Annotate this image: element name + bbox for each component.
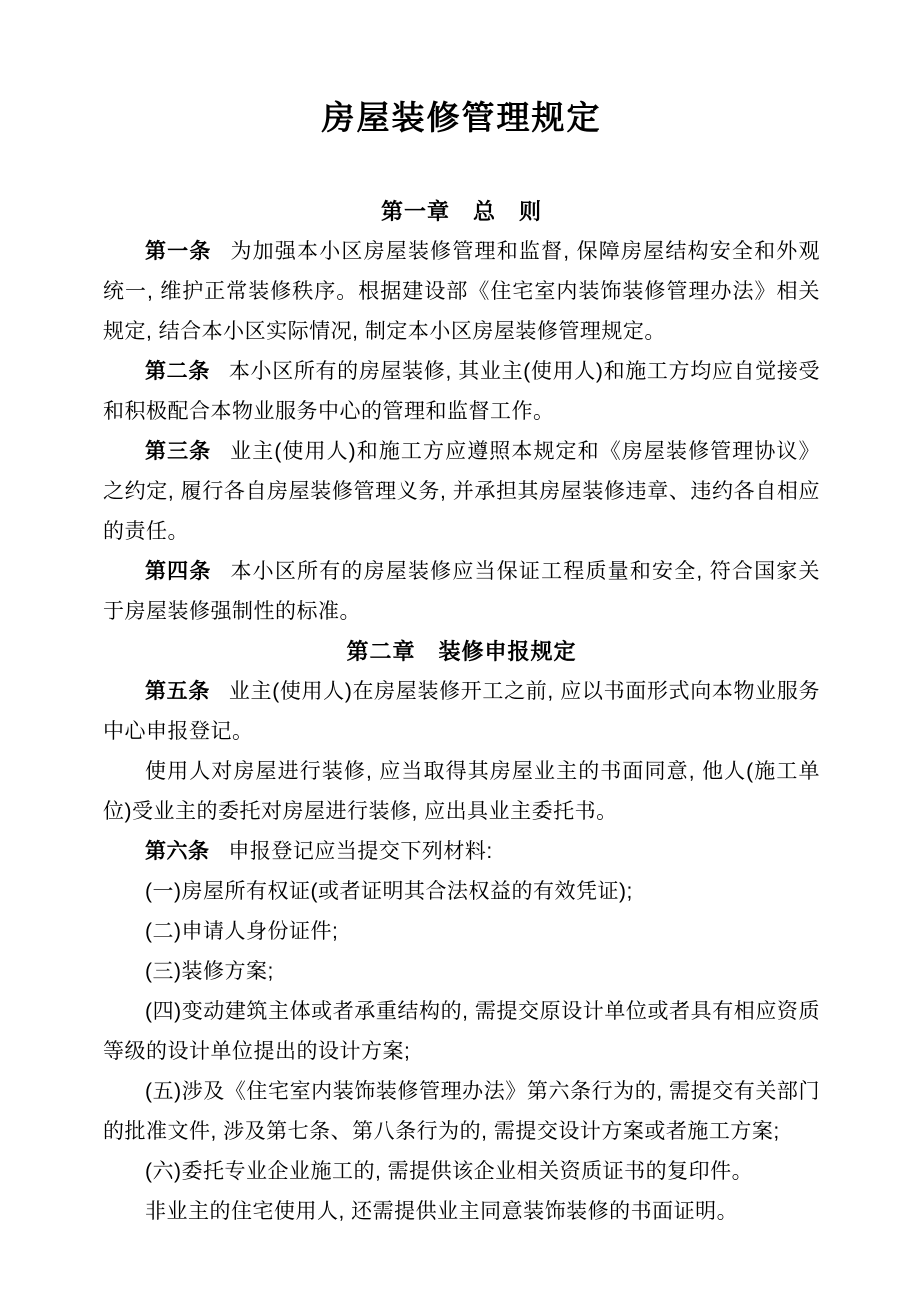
article-2-text: 本小区所有的房屋装修, 其业主(使用人)和施工方均应自觉接受和积极配合本物业服务… [103,360,820,423]
list-item-4: (四)变动建筑主体或者承重结构的, 需提交原设计单位或者具有相应资质等级的设计单… [103,992,820,1072]
article-5-text: 业主(使用人)在房屋装修开工之前, 应以书面形式向本物业服务中心申报登记。 [103,680,820,743]
article-3-number: 第三条 [145,440,211,463]
article-5-paragraph: 第五条业主(使用人)在房屋装修开工之前, 应以书面形式向本物业服务中心申报登记。 [103,672,820,752]
article-5-continuation-text: 使用人对房屋进行装修, 应当取得其房屋业主的书面同意, 他人(施工单位)受业主的… [103,760,820,823]
article-5-number: 第五条 [145,680,210,703]
list-item-2: (二)申请人身份证件; [103,912,820,952]
chapter-2-heading: 第二章 装修申报规定 [103,632,820,672]
document-page: 房屋装修管理规定 第一章 总 则 第一条为加强本小区房屋装修管理和监督, 保障房… [0,0,920,1302]
article-3-paragraph: 第三条业主(使用人)和施工方应遵照本规定和《房屋装修管理协议》之约定, 履行各自… [103,432,820,552]
chapter-1-heading: 第一章 总 则 [103,192,820,232]
list-item-6-text: (六)委托专业企业施工的, 需提供该企业相关资质证书的复印件。 [145,1160,753,1183]
list-item-2-text: (二)申请人身份证件; [145,920,338,943]
document-title: 房屋装修管理规定 [103,96,820,140]
article-6-paragraph: 第六条申报登记应当提交下列材料: [103,832,820,872]
list-item-1: (一)房屋所有权证(或者证明其合法权益的有效凭证); [103,872,820,912]
closing-paragraph: 非业主的住宅使用人, 还需提供业主同意装饰装修的书面证明。 [103,1192,820,1232]
list-item-6: (六)委托专业企业施工的, 需提供该企业相关资质证书的复印件。 [103,1152,820,1192]
article-5-continuation-paragraph: 使用人对房屋进行装修, 应当取得其房屋业主的书面同意, 他人(施工单位)受业主的… [103,752,820,832]
article-2-number: 第二条 [145,360,210,383]
article-1-paragraph: 第一条为加强本小区房屋装修管理和监督, 保障房屋结构安全和外观统一, 维护正常装… [103,232,820,352]
article-4-paragraph: 第四条本小区所有的房屋装修应当保证工程质量和安全, 符合国家关于房屋装修强制性的… [103,552,820,632]
list-item-3-text: (三)装修方案; [145,960,274,983]
article-6-number: 第六条 [145,840,210,863]
article-2-paragraph: 第二条本小区所有的房屋装修, 其业主(使用人)和施工方均应自觉接受和积极配合本物… [103,352,820,432]
list-item-5: (五)涉及《住宅室内装饰装修管理办法》第六条行为的, 需提交有关部门的批准文件,… [103,1072,820,1152]
list-item-3: (三)装修方案; [103,952,820,992]
closing-paragraph-text: 非业主的住宅使用人, 还需提供业主同意装饰装修的书面证明。 [145,1200,738,1223]
article-6-text: 申报登记应当提交下列材料: [228,840,492,863]
list-item-5-text: (五)涉及《住宅室内装饰装修管理办法》第六条行为的, 需提交有关部门的批准文件,… [103,1080,820,1143]
list-item-4-text: (四)变动建筑主体或者承重结构的, 需提交原设计单位或者具有相应资质等级的设计单… [103,1000,820,1063]
article-1-number: 第一条 [145,240,212,263]
list-item-1-text: (一)房屋所有权证(或者证明其合法权益的有效凭证); [145,880,633,903]
article-4-number: 第四条 [145,560,212,583]
